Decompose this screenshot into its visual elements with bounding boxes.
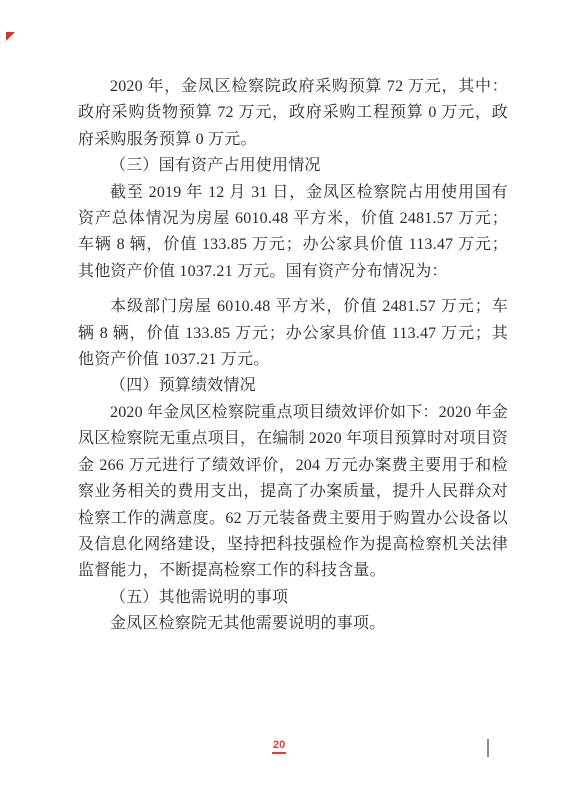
document-body: 2020 年，金凤区检察院政府采购预算 72 万元，其中：政府采购货物预算 72… [78,74,508,638]
section-heading-other-matters: （五）其他需说明的事项 [78,585,508,611]
page-number: 20 [272,739,286,754]
red-corner-mark [6,32,15,41]
text-cursor-mark [487,739,489,757]
section-heading-budget-performance: （四）预算绩效情况 [78,373,508,399]
paragraph-assets-overview: 截至 2019 年 12 月 31 日，金凤区检察院占用使用国有资产总体情况为房… [78,180,508,286]
paragraph-other-matters: 金凤区检察院无其他需要说明的事项。 [78,611,508,637]
paragraph-assets-distribution: 本级部门房屋 6010.48 平方米，价值 2481.57 万元；车辆 8 辆，… [78,294,508,373]
paragraph-procurement-summary: 2020 年，金凤区检察院政府采购预算 72 万元，其中：政府采购货物预算 72… [78,74,508,153]
document-page: { "document": { "paragraphs": [ { "type"… [0,0,565,800]
paragraph-performance-evaluation: 2020 年金凤区检察院重点项目绩效评价如下：2020 年金凤区检察院无重点项目… [78,400,508,585]
section-heading-state-assets: （三）国有资产占用使用情况 [78,153,508,179]
